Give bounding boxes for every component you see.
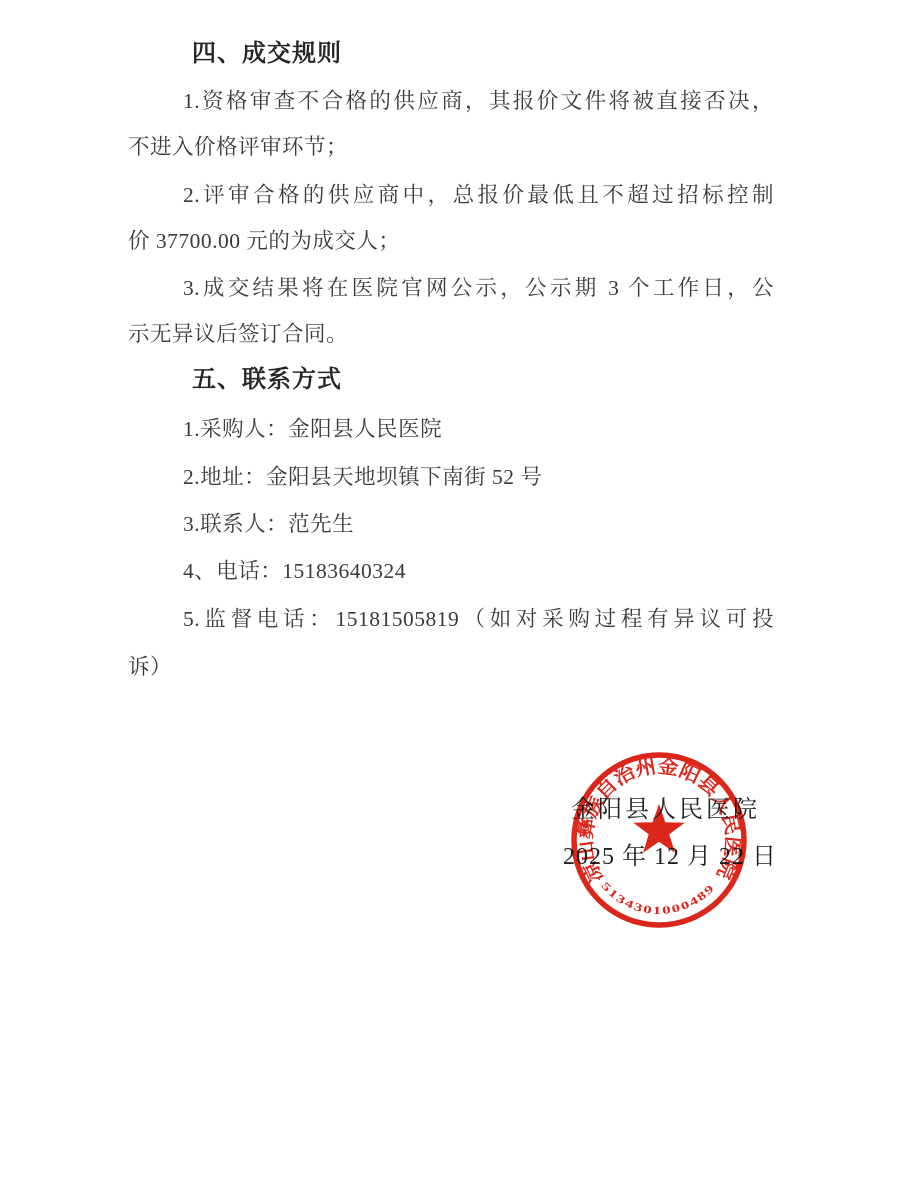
- contact-item-supervision-phone-line-1: 5.监督电话：15181505819（如对采购过程有异议可投: [128, 606, 774, 632]
- star-icon: [633, 804, 684, 853]
- rules-paragraph-2-line-2: 价 37700.00 元的为成交人；: [128, 228, 774, 254]
- contact-item-supervision-phone-line-2: 诉）: [128, 654, 774, 680]
- rules-paragraph-2-line-1: 2.评审合格的供应商中，总报价最低且不超过招标控制: [128, 182, 774, 208]
- rules-paragraph-3-line-2: 示无异议后签订合同。: [128, 321, 774, 347]
- contact-item-purchaser: 1.采购人：金阳县人民医院: [128, 416, 774, 442]
- rules-paragraph-1-line-2: 不进入价格评审环节；: [128, 134, 774, 160]
- section-contact-heading: 五、联系方式: [192, 366, 342, 394]
- section-rules-heading: 四、成交规则: [192, 40, 342, 68]
- official-seal: 凉山彝族自治州金阳县人民医院 5134301000489: [564, 745, 754, 935]
- rules-paragraph-3-line-1: 3.成交结果将在医院官网公示，公示期 3 个工作日，公: [128, 275, 774, 301]
- contact-item-person: 3.联系人：范先生: [128, 511, 774, 537]
- rules-paragraph-1-line-1: 1.资格审查不合格的供应商，其报价文件将被直接否决，: [128, 88, 774, 114]
- document-page: 四、成交规则 1.资格审查不合格的供应商，其报价文件将被直接否决， 不进入价格评…: [0, 0, 900, 1192]
- contact-item-address: 2.地址：金阳县天地坝镇下南街 52 号: [128, 464, 774, 490]
- contact-item-phone: 4、电话：15183640324: [128, 558, 774, 584]
